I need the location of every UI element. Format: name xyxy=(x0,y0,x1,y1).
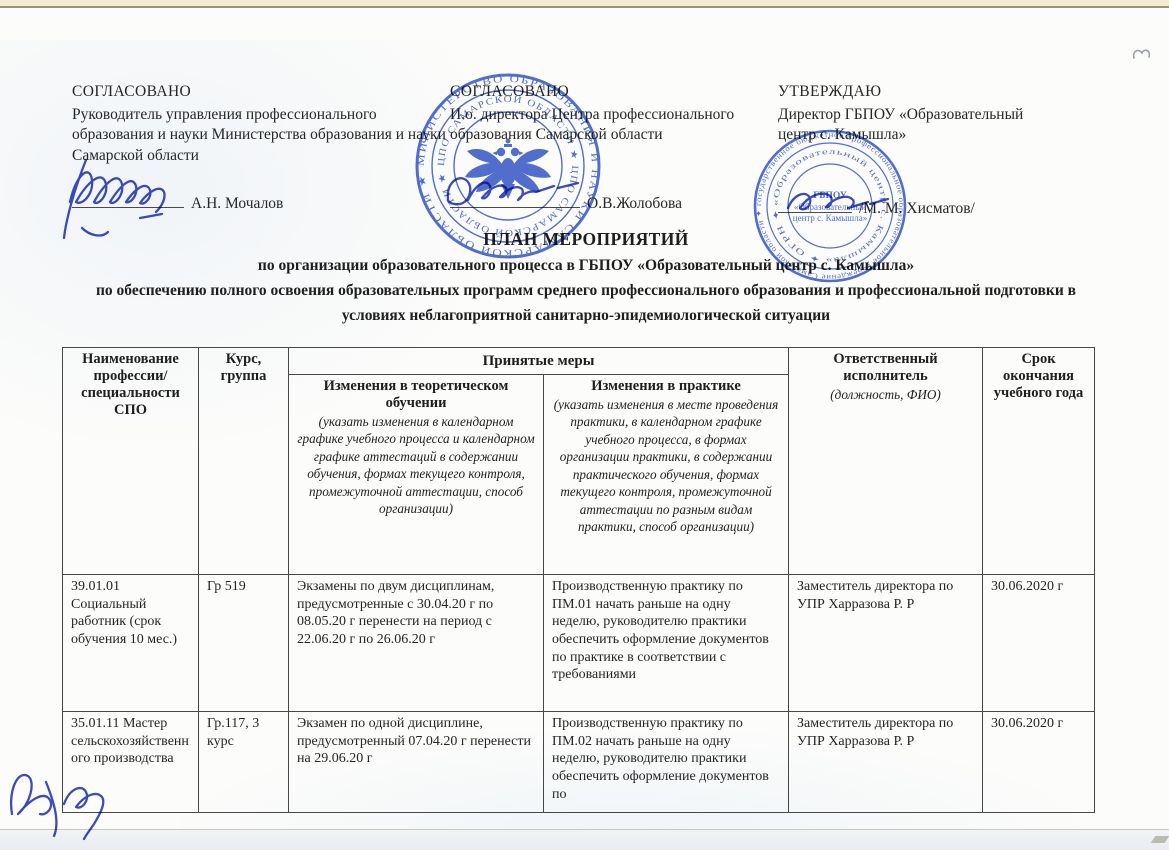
signature-khismatov-ink xyxy=(780,178,902,224)
approval-heading: УТВЕРЖДАЮ xyxy=(778,82,1060,103)
cell-practice: Производственную практику по ПМ.02 начат… xyxy=(544,712,789,813)
header-measures-group: Принятые меры xyxy=(289,348,789,375)
scan-edge-top-line xyxy=(0,6,1169,8)
header-deadline: Срок окончания учебного года xyxy=(983,348,1095,575)
cell-responsible: Заместитель директора по УПР Харразова Р… xyxy=(789,575,983,712)
cell-course: Гр 519 xyxy=(199,575,289,712)
scan-edge-bottom xyxy=(0,830,1169,850)
table-header-row: Наименование профессии/специальности СПО… xyxy=(63,348,1095,375)
cell-practice: Производственную практику по ПМ.01 начат… xyxy=(544,575,789,712)
header-practice-note: (указать изменения в месте проведения пр… xyxy=(550,396,782,535)
approval-heading: СОГЛАСОВАНО xyxy=(72,82,446,103)
cell-deadline: 30.06.2020 г xyxy=(983,712,1095,813)
table-row: 39.01.01 Социальный работник (срок обуче… xyxy=(63,575,1095,712)
signature-zholobova-ink xyxy=(438,160,590,220)
header-practice: Изменения в практике (указать изменения … xyxy=(544,375,789,575)
cell-deadline: 30.06.2020 г xyxy=(983,575,1095,712)
header-responsible: Ответственный исполнитель (должность, ФИ… xyxy=(789,348,983,575)
scan-artifact-mark xyxy=(1130,46,1154,64)
header-responsible-title: Ответственный исполнитель xyxy=(833,351,937,384)
header-theory-title: Изменения в теоретическом обучении xyxy=(324,378,509,411)
signature-mochalov-ink xyxy=(56,140,256,242)
plan-table: Наименование профессии/специальности СПО… xyxy=(62,347,1095,813)
document-subtitle-2: по обеспечению полного освоения образова… xyxy=(60,279,1112,329)
header-responsible-note: (должность, ФИО) xyxy=(795,386,976,403)
cell-theory: Экзамены по двум дисциплинам, предусмотр… xyxy=(289,575,544,712)
table-row: 35.01.11 Мастер сельскохозяйственного пр… xyxy=(63,712,1095,813)
header-course: Курс, группа xyxy=(199,348,289,575)
cell-responsible: Заместитель директора по УПР Харразова Р… xyxy=(789,712,983,813)
header-theory: Изменения в теоретическом обучении (указ… xyxy=(289,375,544,575)
header-practice-title: Изменения в практике xyxy=(591,378,741,394)
signature-corner-ink xyxy=(0,756,148,846)
document-page: СОГЛАСОВАНО Руководитель управления проф… xyxy=(0,0,1169,850)
header-profession: Наименование профессии/специальности СПО xyxy=(63,348,199,575)
cell-course: Гр.117, 3 курс xyxy=(199,712,289,813)
header-theory-note: (указать изменения в календарном графике… xyxy=(295,413,537,518)
cell-theory: Экзамен по одной дисциплине, предусмотре… xyxy=(289,712,544,813)
cell-profession: 39.01.01 Социальный работник (срок обуче… xyxy=(63,575,199,712)
